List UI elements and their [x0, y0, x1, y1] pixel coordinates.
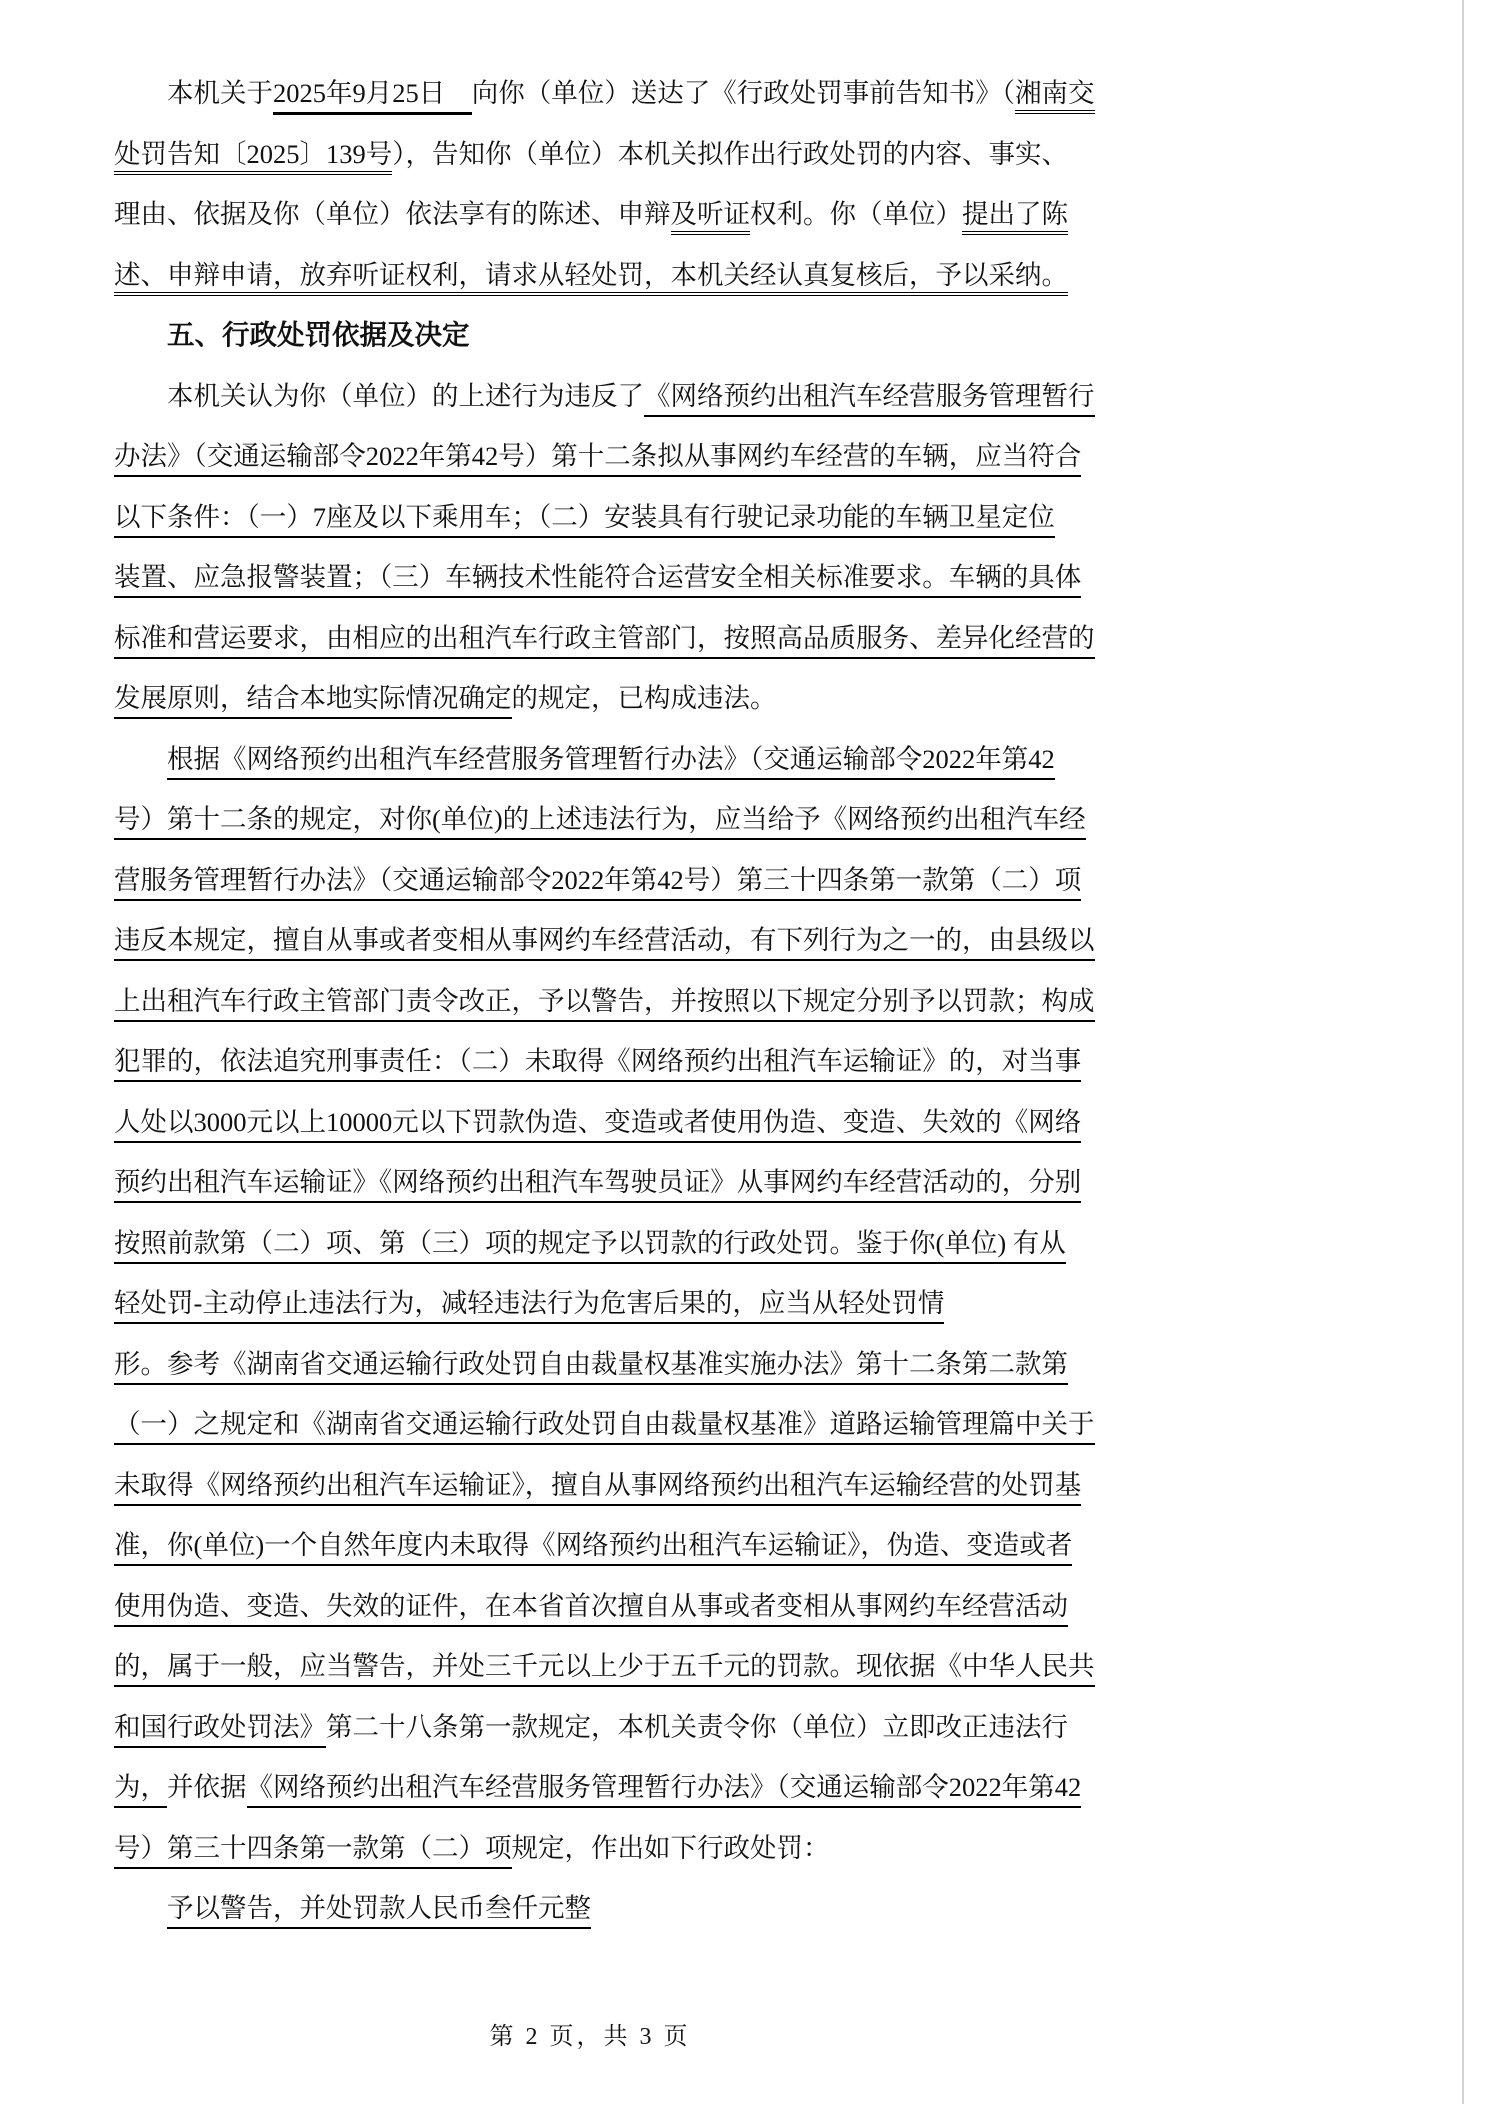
body-text: 规定，作出如下行政处罚：	[512, 1833, 830, 1863]
underlined-text: 预约出租汽车运输证》《网络预约出租汽车驾驶员证》从事网约车经营活动的，分别	[114, 1167, 1081, 1203]
underlined-text: 人处以3000元以上10000元以下罚款伪造、变造或者使用伪造、变造、失效的《网…	[114, 1107, 1081, 1143]
document-line: 号）第十二条的规定，对你(单位)的上述违法行为，应当给予《网络预约出租汽车经	[114, 790, 1066, 851]
underlined-text: 违反本规定，擅自从事或者变相从事网约车经营活动，有下列行为之一的，由县级以	[114, 925, 1095, 961]
document-line: 处罚告知〔2025〕139号），告知你（单位）本机关拟作出行政处罚的内容、事实、	[114, 125, 1066, 186]
underlined-text: 提出了陈	[962, 199, 1068, 235]
underlined-text: 湘南交	[1015, 78, 1095, 114]
body-text: 向你（单位）送达了《行政处罚事前告知书》（	[472, 78, 1015, 108]
body-text: 本机关认为你（单位）的上述行为违反了	[167, 381, 644, 411]
body-text: 五、行政处罚依据及决定	[167, 319, 470, 350]
underlined-text: （一）之规定和《湖南省交通运输行政处罚自由裁量权基准》道路运输管理篇中关于	[114, 1409, 1095, 1445]
document-line: 未取得《网络预约出租汽车运输证》，擅自从事网络预约出租汽车运输经营的处罚基	[114, 1456, 1066, 1517]
document-line: 和国行政处罚法》第二十八条第一款规定，本机关责令你（单位）立即改正违法行	[114, 1698, 1066, 1759]
document-body: 本机关于2025年9月25日 向你（单位）送达了《行政处罚事前告知书》（湘南交处…	[114, 64, 1066, 1940]
document-line: 述、申辩申请，放弃听证权利，请求从轻处罚，本机关经认真复核后，予以采纳。	[114, 246, 1066, 307]
document-line: 犯罪的，依法追究刑事责任：（二）未取得《网络预约出租汽车运输证》的，对当事	[114, 1032, 1066, 1093]
document-line: 预约出租汽车运输证》《网络预约出租汽车驾驶员证》从事网约车经营活动的，分别	[114, 1153, 1066, 1214]
underlined-text: 《网络预约出租汽车经营服务管理暂行办法》（交通运输部令2022年第42	[247, 1772, 1082, 1808]
body-text: 并依据	[167, 1772, 247, 1802]
underlined-text: 未取得《网络预约出租汽车运输证》，擅自从事网络预约出租汽车运输经营的处罚基	[114, 1470, 1081, 1506]
document-line: 营服务管理暂行办法》（交通运输部令2022年第42号）第三十四条第一款第（二）项	[114, 851, 1066, 912]
document-line: 本机关于2025年9月25日 向你（单位）送达了《行政处罚事前告知书》（湘南交	[114, 64, 1066, 125]
underlined-text: 准，你(单位)一个自然年度内未取得《网络预约出租汽车运输证》，伪造、变造或者	[114, 1530, 1072, 1566]
underlined-text: 标准和营运要求，由相应的出租汽车行政主管部门，按照高品质服务、差异化经营的	[114, 623, 1095, 659]
underlined-text: 办法》（交通运输部令2022年第42号）第十二条拟从事网约车经营的车辆，应当符合	[114, 441, 1081, 477]
document-page: 本机关于2025年9月25日 向你（单位）送达了《行政处罚事前告知书》（湘南交处…	[0, 0, 1488, 2104]
underlined-text: 犯罪的，依法追究刑事责任：（二）未取得《网络预约出租汽车运输证》的，对当事	[114, 1046, 1081, 1082]
document-line: 号）第三十四条第一款第（二）项规定，作出如下行政处罚：	[114, 1819, 1066, 1880]
document-line: （一）之规定和《湖南省交通运输行政处罚自由裁量权基准》道路运输管理篇中关于	[114, 1395, 1066, 1456]
underlined-text: 装置、应急报警装置；（三）车辆技术性能符合运营安全相关标准要求。车辆的具体	[114, 562, 1081, 598]
document-line: 上出租汽车行政主管部门责令改正，予以警告，并按照以下规定分别予以罚款；构成	[114, 972, 1066, 1033]
body-text: 本机关于	[167, 78, 273, 108]
document-line: 本机关认为你（单位）的上述行为违反了《网络预约出租汽车经营服务管理暂行	[114, 367, 1066, 428]
underlined-text: 为，	[114, 1772, 167, 1808]
document-line: 办法》（交通运输部令2022年第42号）第十二条拟从事网约车经营的车辆，应当符合	[114, 427, 1066, 488]
document-line: 形。参考《湖南省交通运输行政处罚自由裁量权基准实施办法》第十二条第二款第	[114, 1335, 1066, 1396]
underlined-text: 轻处罚-主动停止违法行为，减轻违法行为危害后果的，应当从轻处罚情	[114, 1288, 944, 1324]
underlined-text: 及听证	[671, 199, 751, 235]
body-text: 的规定，已构成违法。	[512, 683, 777, 713]
underlined-text: 上出租汽车行政主管部门责令改正，予以警告，并按照以下规定分别予以罚款；构成	[114, 986, 1095, 1022]
document-line: 人处以3000元以上10000元以下罚款伪造、变造或者使用伪造、变造、失效的《网…	[114, 1093, 1066, 1154]
underlined-text: 根据《网络预约出租汽车经营服务管理暂行办法》（交通运输部令2022年第42	[167, 744, 1055, 780]
body-text: 理由、依据及你（单位）依法享有的陈述、申辩	[114, 199, 671, 229]
document-line: 为，并依据《网络预约出租汽车经营服务管理暂行办法》（交通运输部令2022年第42	[114, 1758, 1066, 1819]
underlined-text: 发展原则，结合本地实际情况确定	[114, 683, 512, 719]
document-line: 使用伪造、变造、失效的证件，在本省首次擅自从事或者变相从事网约车经营活动	[114, 1577, 1066, 1638]
underlined-text: 和国行政处罚法》	[114, 1712, 326, 1748]
page-number: 第 2 页，共 3 页	[114, 2016, 1066, 2051]
document-line: 违反本规定，擅自从事或者变相从事网约车经营活动，有下列行为之一的，由县级以	[114, 911, 1066, 972]
document-line: 理由、依据及你（单位）依法享有的陈述、申辩及听证权利。你（单位）提出了陈	[114, 185, 1066, 246]
body-text: ），告知你（单位）本机关拟作出行政处罚的内容、事实、	[392, 139, 1068, 169]
document-line: 的，属于一般，应当警告，并处三千元以上少于五千元的罚款。现依据《中华人民共	[114, 1637, 1066, 1698]
underlined-text: 处罚告知〔2025〕139号	[114, 139, 392, 175]
document-line: 装置、应急报警装置；（三）车辆技术性能符合运营安全相关标准要求。车辆的具体	[114, 548, 1066, 609]
underlined-text: 号）第十二条的规定，对你(单位)的上述违法行为，应当给予《网络预约出租汽车经	[114, 804, 1086, 840]
document-line: 轻处罚-主动停止违法行为，减轻违法行为危害后果的，应当从轻处罚情	[114, 1274, 1066, 1335]
body-text: 权利。你（单位）	[750, 199, 962, 229]
body-text: 第二十八条第一款规定，本机关责令你（单位）立即改正违法行	[326, 1712, 1068, 1742]
document-line: 根据《网络预约出租汽车经营服务管理暂行办法》（交通运输部令2022年第42	[114, 730, 1066, 791]
underlined-text: 《网络预约出租汽车经营服务管理暂行	[644, 381, 1095, 417]
underlined-text: 予以警告，并处罚款人民币叁仟元整	[167, 1893, 591, 1929]
document-line: 标准和营运要求，由相应的出租汽车行政主管部门，按照高品质服务、差异化经营的	[114, 609, 1066, 670]
scan-edge-artifact	[1462, 0, 1464, 2104]
underlined-text: 2025年9月25日	[273, 78, 472, 115]
document-line: 以下条件：（一）7座及以下乘用车；（二）安装具有行驶记录功能的车辆卫星定位	[114, 488, 1066, 549]
underlined-text: 营服务管理暂行办法》（交通运输部令2022年第42号）第三十四条第一款第（二）项	[114, 865, 1081, 901]
underlined-text: 号）第三十四条第一款第（二）项	[114, 1833, 512, 1869]
underlined-text: 的，属于一般，应当警告，并处三千元以上少于五千元的罚款。现依据《中华人民共	[114, 1651, 1095, 1687]
document-line: 发展原则，结合本地实际情况确定的规定，已构成违法。	[114, 669, 1066, 730]
document-line: 按照前款第（二）项、第（三）项的规定予以罚款的行政处罚。鉴于你(单位) 有从	[114, 1214, 1066, 1275]
underlined-text: 使用伪造、变造、失效的证件，在本省首次擅自从事或者变相从事网约车经营活动	[114, 1591, 1068, 1627]
underlined-text: 以下条件：（一）7座及以下乘用车；（二）安装具有行驶记录功能的车辆卫星定位	[114, 502, 1055, 538]
document-line: 准，你(单位)一个自然年度内未取得《网络预约出租汽车运输证》，伪造、变造或者	[114, 1516, 1066, 1577]
section-heading: 五、行政处罚依据及决定	[114, 306, 1066, 367]
document-line: 予以警告，并处罚款人民币叁仟元整	[114, 1879, 1066, 1940]
underlined-text: 形。参考《湖南省交通运输行政处罚自由裁量权基准实施办法》第十二条第二款第	[114, 1349, 1068, 1385]
underlined-text: 按照前款第（二）项、第（三）项的规定予以罚款的行政处罚。鉴于你(单位) 有从	[114, 1228, 1066, 1264]
underlined-text: 述、申辩申请，放弃听证权利，请求从轻处罚，本机关经认真复核后，予以采纳。	[114, 260, 1068, 296]
